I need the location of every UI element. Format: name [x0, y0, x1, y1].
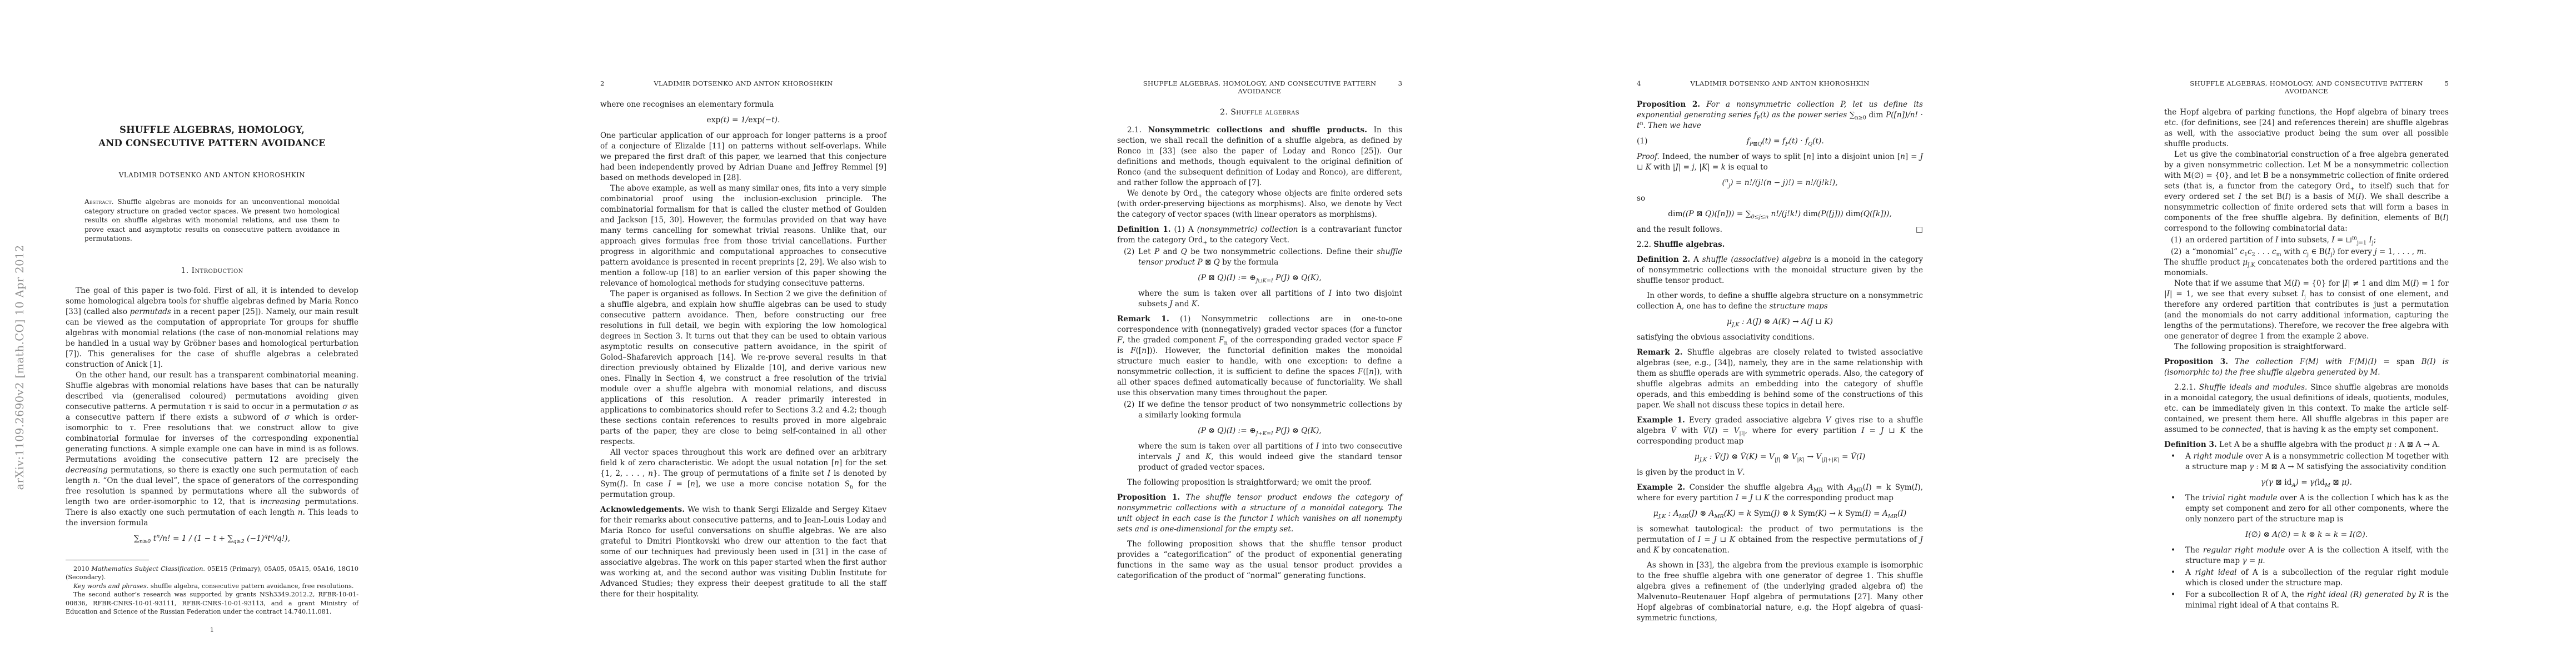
text-span: of the corresponding graded vector space — [1228, 336, 1397, 345]
paragraph: is given by the product in V. — [1637, 467, 1923, 478]
text-span: I = J ⊔ K — [1698, 535, 1735, 544]
text-span: We wish to thank Sergi Elizalde and Serg… — [600, 505, 886, 599]
list-item: •A right module over A is a nonsymmetric… — [2164, 451, 2449, 472]
text-span: n — [1142, 346, 1147, 355]
list-marker: (2) — [1124, 247, 1134, 257]
paragraph: All vector spaces throughout this work a… — [600, 447, 886, 500]
list-item: (2)If we define the tensor product of tw… — [1117, 400, 1402, 421]
display-formula: (P ⊠ Q)(I) := ⊕J⊔K=I P(J) ⊗ Q(K), — [1117, 273, 1402, 283]
text-span: MR — [1888, 514, 1897, 520]
text-span: = 1, . . . , — [2377, 247, 2417, 256]
list-item: •The regular right module over A is the … — [2164, 545, 2449, 566]
paragraph: the Hopf algebra of parking functions, t… — [2164, 107, 2449, 150]
text-span: Proposition 1. — [1117, 493, 1180, 502]
paragraph: Let us give the combinatorial constructi… — [2164, 150, 2449, 234]
text-span: F — [1397, 336, 1402, 345]
paragraph: Example 1. Every graded associative alge… — [1637, 415, 1923, 447]
text-span: right ideal (R) generated by R — [2307, 590, 2424, 599]
paragraph: On the other hand, our result has a tran… — [66, 370, 358, 529]
text-span: γ — [2249, 462, 2254, 471]
text-span: . — [2424, 247, 2426, 256]
list-item: (1)an ordered partition of I into subset… — [2164, 235, 2449, 246]
text-span: + — [2350, 186, 2355, 192]
page-2: 2VLADIMIR DOTSENKO AND ANTON KHOROSHKINw… — [515, 0, 1030, 667]
text-span: Proposition 3. — [2164, 357, 2228, 366]
list-marker: • — [2171, 493, 2175, 504]
text-span: I = J ⊔ K — [1861, 426, 1906, 435]
text-span: m — [2276, 252, 2281, 258]
text-span: ) is a basis of M( — [2288, 192, 2358, 201]
text-span: Let A be a shuffle algebra with the prod… — [2217, 440, 2387, 449]
text-span: In this section, we shall recall the def… — [1117, 126, 1402, 187]
text-span: Q — [1181, 247, 1187, 256]
text-span: n≥0 — [139, 539, 151, 545]
text-span: | ≠ 1 and dim M( — [2348, 279, 2413, 288]
text-span: 2. Shuffle algebras — [1220, 108, 1299, 117]
text-span: = [ — [671, 480, 690, 489]
paragraph: so — [1637, 193, 1923, 204]
list-marker: (2) — [1124, 400, 1134, 410]
text-span: Acknowledgements. — [600, 505, 685, 514]
text-span: the set B( — [2241, 192, 2285, 201]
paragraph: where one recognises an elementary formu… — [600, 99, 886, 110]
text-span: For a subcollection R of A, the — [2185, 590, 2307, 599]
text-span: Mathematics Subject Classification. — [91, 565, 205, 573]
display-formula: (nj) = n!/(j!(n − j)!) = n!/(j!k!), — [1637, 178, 1923, 188]
text-span: A — [2185, 568, 2195, 577]
text-span: connected — [2222, 425, 2261, 434]
text-span: Example 1. — [1637, 416, 1685, 425]
text-span: k — [1721, 163, 1726, 172]
text-span: (I) = A — [1862, 509, 1888, 518]
footnote-rule — [66, 560, 149, 560]
text-span: : Ṽ(J) ⊗ Ṽ(K) = V — [1707, 452, 1774, 461]
text-span: where the sum is taken over all partitio… — [1138, 289, 1329, 298]
text-span: |I| — [1739, 431, 1745, 437]
text-span: 1 — [210, 626, 214, 634]
running-title: VLADIMIR DOTSENKO AND ANTON KHOROSHKIN — [1645, 79, 1915, 87]
section-heading: 1. Introduction — [66, 266, 358, 276]
text-span: n≥0 — [1855, 115, 1866, 121]
page-number-right: 3 — [1394, 79, 1402, 95]
text-span: is said to occur in a permutation — [212, 402, 342, 411]
paragraph: Definition 2. A shuffle (associative) al… — [1637, 255, 1923, 286]
text-span: I(∅) ⊗ A(∅) = k ⊗ k ≃ k = I(∅). — [2245, 530, 2368, 539]
text-span: (J) ⊗ k — [1771, 509, 1798, 518]
text-span: exp — [748, 116, 762, 125]
text-span: (Q([k])), — [1860, 210, 1891, 218]
text-span: t — [151, 534, 156, 543]
text-span: right module — [2194, 452, 2243, 461]
text-span: I = J ⊔ K — [1736, 494, 1770, 502]
text-span: trivial right module — [2203, 494, 2278, 502]
text-span: (1) A — [1170, 225, 1197, 234]
paragraph: One particular application of our approa… — [600, 131, 886, 183]
text-span: Sym — [1798, 509, 1815, 518]
page-number-left — [1117, 79, 1125, 95]
text-span: = ⊔ — [2335, 236, 2352, 245]
page-number-left: 2 — [600, 79, 608, 87]
text-span: As shown in [33], the algebra from the p… — [1637, 561, 1923, 623]
page-3-content: SHUFFLE ALGEBRAS, HOMOLOGY, AND CONSECUT… — [1117, 79, 1402, 581]
text-span: c — [2272, 247, 2276, 256]
text-span: span — [2396, 357, 2415, 366]
list-marker: (1) — [2171, 235, 2181, 246]
text-span: M — [2325, 482, 2330, 489]
text-span: The paper is organised as follows. In Se… — [600, 290, 886, 446]
text-span: τ — [129, 424, 134, 432]
text-span: m — [2416, 247, 2424, 256]
text-span: : M ⊠ A → M satisfying the associativity… — [2254, 462, 2447, 471]
page-5-content: SHUFFLE ALGEBRAS, HOMOLOGY, AND CONSECUT… — [2164, 79, 2449, 611]
text-span: 2.2. — [1637, 240, 1653, 249]
display-formula: dim((P ⊠ Q)([n])) = ∑0≤j≤n n!/(j!k!) dim… — [1637, 209, 1923, 220]
paragraph: Note that if we assume that M(I) = {0} f… — [2164, 278, 2449, 342]
paragraph: Acknowledgements. We wish to thank Sergi… — [600, 505, 886, 600]
text-span: MR — [1714, 514, 1723, 520]
display-formula: μJ,K : Ṽ(J) ⊗ Ṽ(K) = V|J| ⊗ V|K| → V|J|+… — [1637, 452, 1923, 462]
text-span: permutads — [130, 307, 171, 316]
text-span: Definition 1. — [1117, 225, 1170, 234]
paragraph: Definition 3. Let A be a shuffle algebra… — [2164, 440, 2449, 450]
running-title: SHUFFLE ALGEBRAS, HOMOLOGY, AND CONSECUT… — [1125, 79, 1394, 95]
text-span: ⊗ V — [1780, 452, 1797, 461]
text-span: . Then we have — [1643, 121, 1701, 130]
page-3: SHUFFLE ALGEBRAS, HOMOLOGY, AND CONSECUT… — [1030, 0, 1546, 667]
text-span: , the graded component — [1122, 336, 1219, 345]
text-span: Sym — [1845, 509, 1862, 518]
display-formula: μJ,K : AMR(J) ⊗ AMR(K) = k Sym(J) ⊗ k Sy… — [1637, 509, 1923, 519]
paragraph: The following proposition shows that the… — [1117, 539, 1402, 581]
paragraph: In other words, to define a shuffle alge… — [1637, 291, 1923, 312]
text-span: The — [2185, 546, 2203, 555]
text-span: and the result follows. — [1637, 225, 1722, 234]
text-span: ], we use a more concise notation — [695, 480, 845, 489]
text-span: μ — [1653, 509, 1658, 518]
text-span: A — [1848, 483, 1853, 492]
text-span: Definition 3. — [2164, 440, 2217, 449]
text-span: /q!), — [274, 534, 290, 543]
text-span: be two nonsymmetric collections. Define … — [1187, 247, 1377, 256]
display-formula: (P ⊗ Q)(I) := ⊕J+K=I P(J) ⊗ Q(K), — [1117, 426, 1402, 436]
running-head: 4VLADIMIR DOTSENKO AND ANTON KHOROSHKIN — [1637, 79, 1923, 87]
paragraph: Proof. Indeed, the number of ways to spl… — [1637, 152, 1923, 173]
text-span: |J| — [1775, 457, 1780, 463]
text-span: ) = — [1715, 426, 1734, 435]
text-span: μ — [1727, 317, 1732, 326]
text-span: to the category Vect. — [1207, 236, 1289, 245]
text-span: | = 1, we see that every subset — [2170, 290, 2301, 298]
text-span: γ(γ ⊠ — [2261, 478, 2284, 487]
paragraph: 2.2. Shuffle algebras. — [1637, 240, 1923, 250]
text-span: Note that if we assume that M( — [2174, 279, 2294, 288]
text-span: n — [1900, 152, 1905, 161]
text-span: . . . — [2255, 247, 2272, 256]
text-span: K — [1205, 452, 1211, 461]
text-span: dim — [1846, 210, 1860, 218]
text-span: Example 2. — [1637, 483, 1685, 492]
text-span: Definition 2. — [1637, 255, 1690, 264]
text-span: /n! = 1 / (1 − t + ∑ — [160, 534, 233, 543]
text-span: and — [1159, 247, 1180, 256]
text-span: F — [1130, 346, 1135, 355]
text-span: is — [1117, 346, 1130, 355]
text-span: regular right module — [2203, 546, 2285, 555]
text-span: and — [1637, 546, 1653, 555]
text-span: where one recognises an elementary formu… — [600, 100, 774, 109]
text-span: If we define the tensor product of two n… — [1138, 400, 1402, 420]
text-span: , where for every partition — [1745, 426, 1862, 435]
list-marker: • — [2171, 545, 2175, 556]
page-4-content: 4VLADIMIR DOTSENKO AND ANTON KHOROSHKINP… — [1637, 79, 1923, 624]
text-span: V — [1825, 416, 1831, 425]
text-span: m — [2352, 235, 2357, 241]
text-span: Shuffle algebras. — [1653, 240, 1725, 249]
qed-box: □ — [1916, 225, 1923, 235]
running-head: SHUFFLE ALGEBRAS, HOMOLOGY, AND CONSECUT… — [1117, 79, 1402, 95]
text-span: into subsets, — [2278, 236, 2331, 245]
page-1-content: SHUFFLE ALGEBRAS, HOMOLOGY, AND CONSECUT… — [66, 123, 358, 635]
running-head: 2VLADIMIR DOTSENKO AND ANTON KHOROSHKIN — [600, 79, 886, 87]
text-span: Remark 2. — [1637, 348, 1682, 357]
paper-authors: VLADIMIR DOTSENKO AND ANTON KHOROSHKIN — [66, 170, 358, 181]
page-number-right: 5 — [2441, 79, 2449, 95]
text-span: decreasing — [66, 466, 108, 475]
text-span: The following proposition is straightfor… — [2174, 342, 2346, 351]
text-span: the corresponding product map — [1770, 494, 1894, 502]
text-span: c — [2240, 247, 2244, 256]
text-span: and — [1173, 300, 1192, 308]
list-item: •The trivial right module over A is the … — [2164, 493, 2449, 525]
paragraph: satisfying the obvious associativity con… — [1637, 332, 1923, 343]
section-heading: 2. Shuffle algebras — [1117, 107, 1402, 118]
text-span: ] into a disjoint union [ — [1811, 152, 1900, 161]
text-span: ∈ B( — [2309, 247, 2328, 256]
text-span: P(J) ⊗ Q(K), — [1273, 426, 1322, 435]
footnote: 2010 Mathematics Subject Classification.… — [66, 565, 358, 582]
text-span: The collection F⟨M⟩ with F⟨M⟩(I) = — [2228, 357, 2396, 366]
text-span: exp — [707, 116, 721, 125]
text-span: J,K — [2248, 262, 2255, 268]
list-marker: • — [2171, 568, 2175, 578]
text-span: by the formula — [1220, 258, 1278, 267]
text-span: (P([j])) — [1818, 210, 1846, 218]
text-span: Remark 1. — [1117, 315, 1169, 323]
text-span: J,K — [1700, 457, 1707, 463]
text-span: (K) → k — [1815, 509, 1845, 518]
text-span: shuffle (associative) algebra — [1702, 255, 1811, 264]
text-span: The shuffle product — [2164, 258, 2243, 267]
text-span: ⊠ μ). — [2330, 478, 2352, 487]
text-span: (t). — [1812, 137, 1824, 146]
list-item: •A right ideal of A is a subcollection o… — [2164, 568, 2449, 589]
text-span: SHUFFLE ALGEBRAS, HOMOLOGY, AND CONSECUT… — [98, 125, 326, 148]
text-span: K — [1653, 546, 1659, 555]
text-span: (t) = f — [1762, 137, 1785, 146]
text-span: (t) = 1/ — [720, 116, 748, 125]
text-span: Ṽ — [1671, 426, 1676, 435]
page-number-right — [879, 79, 886, 87]
text-span: with — [1823, 483, 1848, 492]
paragraph: Definition 1. (1) A (nonsymmetric) colle… — [1117, 225, 1402, 246]
text-span: , | — [1695, 163, 1702, 172]
text-span: (J) ⊗ A — [1688, 509, 1715, 518]
text-span: J,K — [1658, 514, 1666, 520]
arxiv-stamp: arXiv:1109.2690v2 [math.CO] 10 Apr 2012 — [14, 178, 32, 556]
text-span: ([ — [1136, 346, 1142, 355]
text-span: : A — [1666, 509, 1678, 518]
paragraph: Example 2. Consider the shuffle algebra … — [1637, 482, 1923, 504]
text-span: The second author’s research was support… — [66, 591, 358, 615]
paper-title: SHUFFLE ALGEBRAS, HOMOLOGY, AND CONSECUT… — [66, 123, 358, 150]
text-span: id — [2284, 478, 2291, 487]
text-span: F — [1358, 367, 1363, 376]
text-span: (P ⊗ Q)(I) := ⊕ — [1198, 426, 1255, 435]
text-span: with — [1676, 426, 1703, 435]
display-formula: μJ,K : A(J) ⊗ A(K) → A(J ⊔ K) — [1637, 317, 1923, 327]
paragraph: 2.1. Nonsymmetric collections and shuffl… — [1117, 125, 1402, 188]
text-span: Let — [1138, 247, 1154, 256]
text-span: ∑ — [134, 534, 139, 543]
text-span: Indeed, the number of ways to split [ — [1660, 152, 1806, 161]
text-span: V — [1737, 468, 1742, 477]
text-span: an ordered partition of — [2185, 236, 2275, 245]
text-span: in a recent paper [25]). Namely, our mai… — [66, 307, 358, 369]
page-number: 1 — [66, 625, 358, 635]
text-span: J,K — [1732, 322, 1740, 328]
text-span: A — [1808, 483, 1813, 492]
text-span: 2010 — [73, 565, 91, 573]
text-span: dim — [1668, 210, 1682, 218]
text-span: P⊠Q — [1750, 141, 1762, 147]
text-span: n — [834, 459, 839, 467]
text-span: A — [2185, 452, 2194, 461]
list-marker: • — [2171, 451, 2175, 462]
text-span: so — [1637, 194, 1645, 203]
text-span: One particular application of our approa… — [600, 131, 886, 182]
text-span: MR — [1853, 487, 1863, 494]
running-title: VLADIMIR DOTSENKO AND ANTON KHOROSHKIN — [608, 79, 879, 87]
running-head: SHUFFLE ALGEBRAS, HOMOLOGY, AND CONSECUT… — [2164, 79, 2449, 95]
paragraph: Proposition 2. For a nonsymmetric collec… — [1637, 99, 1923, 131]
paragraph: The following proposition is straightfor… — [2164, 342, 2449, 352]
paragraph: As shown in [33], the algebra from the p… — [1637, 560, 1923, 624]
paragraph: The paper is organised as follows. In Se… — [600, 289, 886, 447]
text-span: V — [1734, 426, 1740, 435]
list-item: where the sum is taken over all partitio… — [1117, 441, 1402, 473]
text-span: j=1 — [2357, 240, 2366, 246]
paragraph: The above example, as well as many simil… — [600, 183, 886, 289]
text-span: The following proposition is straightfor… — [1127, 478, 1372, 487]
text-span: (t) as the power series ∑ — [1760, 111, 1855, 120]
text-span: |J|+|K| — [1821, 457, 1839, 463]
text-span: 2.1. — [1127, 126, 1148, 135]
text-span: ) = γ( — [2295, 478, 2317, 487]
text-span: ) = k Sym( — [1869, 483, 1915, 492]
text-span: Q — [1808, 141, 1812, 147]
text-span: (t) · f — [1789, 137, 1808, 146]
footnote: Key words and phrases. shuffle algebra, … — [66, 582, 358, 590]
text-span: The following proposition shows that the… — [1117, 540, 1402, 580]
text-span: J⊔K=I — [1256, 278, 1273, 284]
text-span: μ — [2243, 258, 2248, 267]
text-span: A — [1690, 255, 1702, 264]
display-formula: ∑n≥0 tn/n! = 1 / (1 − t + ∑q≥2 (−1)qtq/q… — [66, 534, 358, 544]
text-span: by concatenation. — [1659, 546, 1730, 555]
paragraph: is somewhat tautological: the product of… — [1637, 524, 1923, 556]
text-span: q≥2 — [233, 539, 244, 545]
text-span: is given by the product in — [1637, 468, 1737, 477]
paragraph: We denote by Ord+ the category whose obj… — [1117, 188, 1402, 220]
text-span: and — [1180, 452, 1205, 461]
text-span: Proof. — [1637, 152, 1660, 161]
paragraph: □and the result follows. — [1637, 225, 1923, 235]
paragraph: The following proposition is straightfor… — [1117, 477, 1402, 488]
text-span: μ — [1695, 452, 1700, 461]
text-span: structure maps — [1770, 302, 1828, 311]
text-span: S — [845, 480, 850, 489]
text-span: is equal to — [1726, 163, 1768, 172]
text-span: | = — [1707, 163, 1721, 172]
text-span: n — [1806, 152, 1811, 161]
text-span: Sym — [1754, 509, 1771, 518]
text-span: J — [1920, 535, 1923, 544]
running-title: SHUFFLE ALGEBRAS, HOMOLOGY, AND CONSECUT… — [2172, 79, 2441, 95]
text-span: → V — [1805, 452, 1821, 461]
text-span: Proposition 2. — [1637, 100, 1700, 109]
text-span: . — [2263, 556, 2265, 565]
text-span: P — [1154, 247, 1159, 256]
page-1: arXiv:1109.2690v2 [math.CO] 10 Apr 2012S… — [0, 0, 515, 667]
text-span: VLADIMIR DOTSENKO AND ANTON KHOROSHKIN — [119, 171, 305, 179]
text-span: | = — [1678, 163, 1692, 172]
text-span: = Ṽ(I) — [1840, 452, 1866, 461]
text-span: (P ⊠ Q)(I) := ⊕ — [1198, 273, 1255, 282]
text-span: (K) = k — [1724, 509, 1754, 518]
text-span: with — [2281, 247, 2303, 256]
text-span: n — [1369, 367, 1374, 376]
text-span: K — [1702, 163, 1707, 172]
text-span: : A ⊠ A → A. — [2391, 440, 2440, 449]
text-span: P(J) ⊗ Q(K), — [1273, 273, 1322, 282]
page-number-left — [2164, 79, 2172, 95]
list-marker: • — [2171, 590, 2175, 600]
text-span: MR — [1813, 487, 1823, 494]
list-item: (2)Let P and Q be two nonsymmetric colle… — [1117, 247, 1402, 268]
text-span: c — [2248, 247, 2252, 256]
text-span: Nonsymmetric collections and shuffle pro… — [1148, 126, 1367, 135]
text-span: ([ — [1363, 367, 1369, 376]
page-5: SHUFFLE ALGEBRAS, HOMOLOGY, AND CONSECUT… — [2061, 0, 2576, 667]
abstract: Abstract. Shuffle algebras are monoids f… — [84, 197, 340, 243]
text-span: a “monomial” — [2185, 247, 2240, 256]
text-span: increasing — [260, 497, 300, 506]
list-marker: (2) — [2171, 247, 2181, 257]
text-span: . — [1742, 468, 1745, 477]
text-span: Key words and phrases. — [73, 583, 148, 590]
text-span: the Hopf algebra of parking functions, t… — [2164, 108, 2449, 148]
text-span: ((P ⊠ Q)([n])) = ∑ — [1683, 210, 1751, 218]
list-item: (2)a “monomial” c1c2 . . . cm with cj ∈ … — [2164, 247, 2449, 257]
equation-tag: (1) — [1637, 136, 1648, 147]
text-span: shuffle algebra, consecutive pattern avo… — [148, 583, 353, 590]
text-span: 0≤j≤n — [1751, 214, 1769, 220]
text-span: : A(J) ⊗ A(K) → A(J ⊔ K) — [1740, 317, 1833, 326]
text-span: ). In case — [623, 480, 669, 489]
text-span: Every graded associative algebra — [1685, 416, 1826, 425]
display-formula: exp(t) = 1/exp(−t). — [600, 115, 886, 126]
text-span: where the sum is taken over all partitio… — [1138, 442, 1316, 451]
